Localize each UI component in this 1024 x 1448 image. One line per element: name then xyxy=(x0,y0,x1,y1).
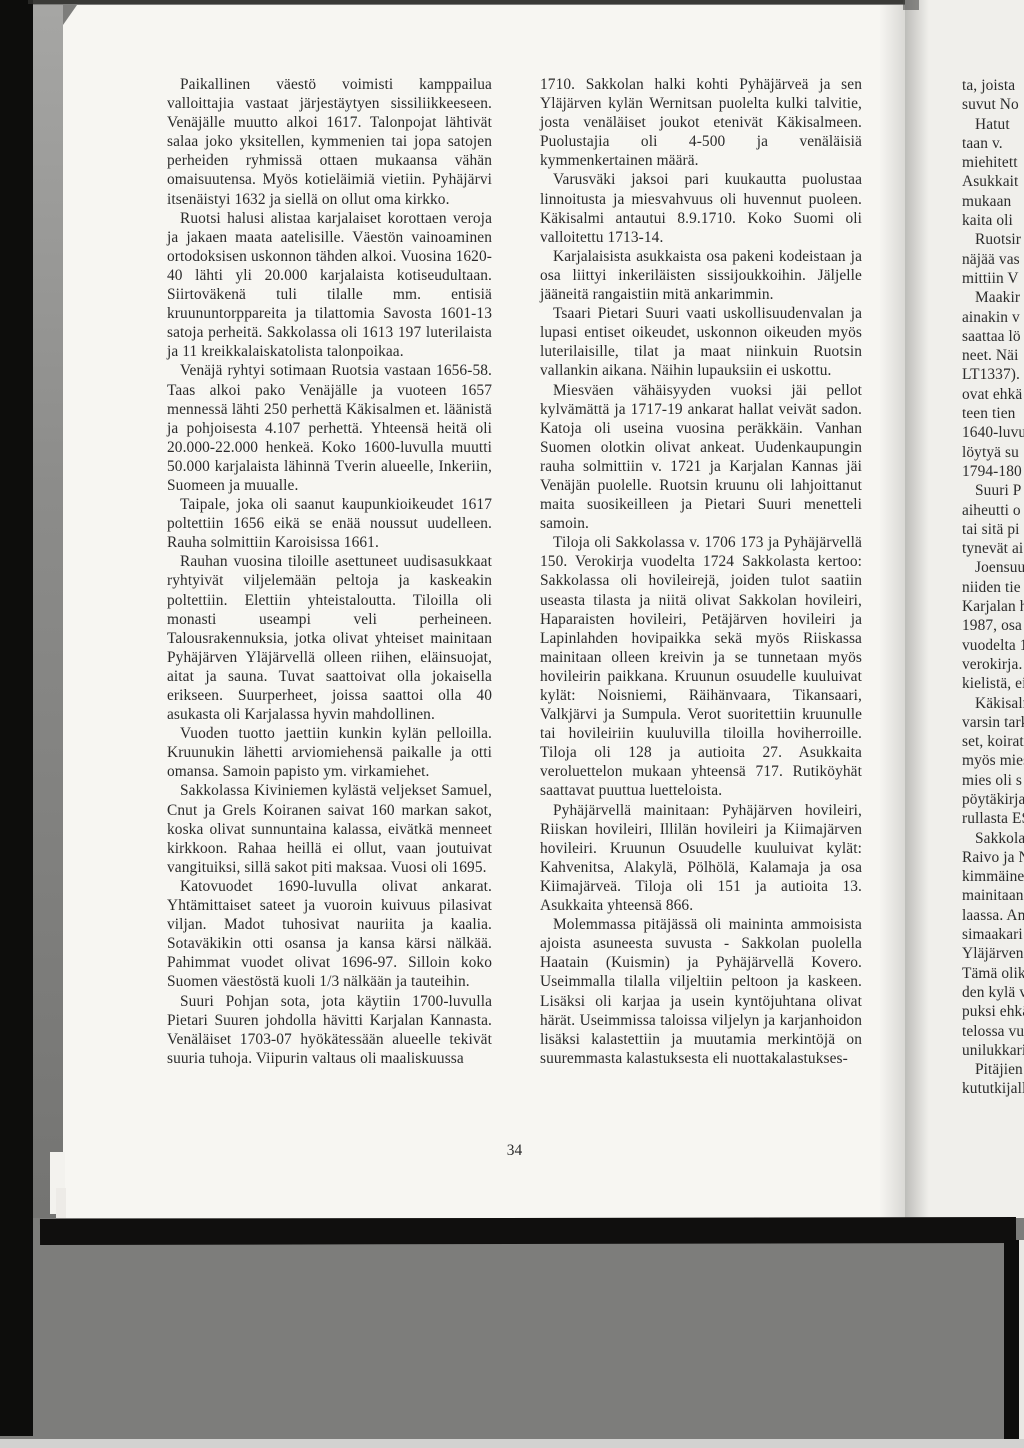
text-line: tai sitä pi xyxy=(962,520,1024,539)
paragraph: Karjalaisista asukkaista osa pakeni kode… xyxy=(540,247,862,304)
paragraph: Ruotsi halusi alistaa karjalaiset korott… xyxy=(167,209,492,362)
book-right-edge xyxy=(1004,1240,1019,1439)
paragraph: Taipale, joka oli saanut kaupunkioikeude… xyxy=(167,495,492,552)
text-line: unilukkari xyxy=(962,1041,1024,1060)
text-line: kaita oli xyxy=(962,211,1024,230)
text-line: verokirja. xyxy=(962,655,1024,674)
paragraph: Venäjä ryhtyi sotimaan Ruotsia vastaan 1… xyxy=(167,361,492,495)
text-line: Hatut xyxy=(962,115,1024,134)
paragraph: Molemmassa pitäjässä oli maininta ammois… xyxy=(540,915,862,1068)
text-columns: Paikallinen väestö voimisti kamppailua v… xyxy=(167,75,862,1068)
text-line: kielistä, ei xyxy=(962,674,1024,693)
table-surface-bottom xyxy=(0,1439,1024,1448)
text-line: näjää vas xyxy=(962,250,1024,269)
text-line: Tämä olik xyxy=(962,964,1024,983)
paragraph: Vuoden tuotto jaettiin kunkin kylän pell… xyxy=(167,724,492,781)
gutter-shadow xyxy=(905,0,929,1218)
paragraph: 1710. Sakkolan halki kohti Pyhäjärveä ja… xyxy=(540,75,862,170)
text-line: varsin tark xyxy=(962,713,1024,732)
text-line: LT1337). xyxy=(962,365,1024,384)
left-text-column: Paikallinen väestö voimisti kamppailua v… xyxy=(167,75,492,1068)
text-line: myös mies xyxy=(962,751,1024,770)
text-line: tynevät ai xyxy=(962,539,1024,558)
text-line: den kylä v xyxy=(962,983,1024,1002)
paragraph: Pyhäjärvellä mainitaan: Pyhäjärven hovil… xyxy=(540,801,862,916)
page-corner-step xyxy=(56,1188,66,1218)
paragraph: Miesväen vähäisyyden vuoksi jäi pellot k… xyxy=(540,381,862,534)
text-line: laassa. Am xyxy=(962,906,1024,925)
text-line: Joensuu xyxy=(962,558,1024,577)
text-line: kimmäiner xyxy=(962,867,1024,886)
paragraph: Suuri Pohjan sota, jota käytiin 1700-luv… xyxy=(167,992,492,1068)
text-line: Maakir xyxy=(962,288,1024,307)
text-line: teen tien xyxy=(962,404,1024,423)
paragraph: Katovuodet 1690-luvulla olivat ankarat. … xyxy=(167,877,492,992)
page-stack-edge xyxy=(33,5,63,1218)
text-line: Sakkolar xyxy=(962,829,1024,848)
text-line: ta, joista xyxy=(962,76,1024,95)
gutter-shadow xyxy=(879,5,905,1218)
text-line: Karjalan h xyxy=(962,597,1024,616)
paragraph: Paikallinen väestö voimisti kamppailua v… xyxy=(167,75,492,209)
table-surface-right xyxy=(1019,1240,1024,1439)
page-number: 34 xyxy=(167,1142,862,1160)
text-line: Suuri P xyxy=(962,481,1024,500)
book-cover-edge xyxy=(0,0,33,1436)
text-line: suvut No xyxy=(962,95,1024,114)
text-line: Yläjärven xyxy=(962,944,1024,963)
text-line: Ruotsir xyxy=(962,230,1024,249)
text-line: rullasta ES xyxy=(962,809,1024,828)
text-line: Käkisaln xyxy=(962,694,1024,713)
text-line: mainitaan xyxy=(962,886,1024,905)
text-line: mukaan xyxy=(962,192,1024,211)
paragraph: Tiloja oli Sakkolassa v. 1706 173 ja Pyh… xyxy=(540,533,862,800)
text-line: 1987, osa xyxy=(962,616,1024,635)
text-line: kututkijalle xyxy=(962,1079,1024,1098)
text-line: Raivo ja N xyxy=(962,848,1024,867)
text-line: pöytäkirjat xyxy=(962,790,1024,809)
text-line: puksi ehkä xyxy=(962,1002,1024,1021)
gutter-top-notch xyxy=(903,0,919,10)
book-bottom-shadow xyxy=(40,1217,1016,1245)
text-line: niiden tie xyxy=(962,578,1024,597)
text-line: 1640-luvu xyxy=(962,423,1024,442)
scanned-book-spread: Paikallinen väestö voimisti kamppailua v… xyxy=(0,0,1024,1448)
text-line: taan v. xyxy=(962,134,1024,153)
text-line: mittiin V xyxy=(962,269,1024,288)
text-line: ainakin v xyxy=(962,308,1024,327)
text-line: miehitett xyxy=(962,153,1024,172)
text-line: 1794-180 xyxy=(962,462,1024,481)
next-page-edge: ta, joistasuvut NoHatuttaan v.miehitettA… xyxy=(905,0,1024,1218)
book-page: Paikallinen väestö voimisti kamppailua v… xyxy=(63,5,905,1218)
text-line: vuodelta 1 xyxy=(962,636,1024,655)
right-text-column: 1710. Sakkolan halki kohti Pyhäjärveä ja… xyxy=(540,75,862,1068)
text-line: telossa vuc xyxy=(962,1022,1024,1041)
text-line: Pitäjien l xyxy=(962,1060,1024,1079)
text-line: löytyä su xyxy=(962,443,1024,462)
paragraph: Rauhan vuosina tiloille asettuneet uudis… xyxy=(167,552,492,724)
text-line: mies oli s xyxy=(962,771,1024,790)
paragraph: Tsaari Pietari Suuri vaati uskollisuuden… xyxy=(540,304,862,380)
text-line: aiheutti o xyxy=(962,501,1024,520)
text-line: saattaa lö xyxy=(962,327,1024,346)
text-line: set, koirat, xyxy=(962,732,1024,751)
paragraph: Sakkolassa Kiviniemen kylästä veljekset … xyxy=(167,781,492,876)
text-line: ovat ehkä xyxy=(962,385,1024,404)
text-line: simaakari xyxy=(962,925,1024,944)
text-line: Asukkait xyxy=(962,172,1024,191)
top-edge-shadow xyxy=(28,0,912,4)
paragraph: Varusväki jaksoi pari kuukautta puolusta… xyxy=(540,170,862,246)
text-line: neet. Näi xyxy=(962,346,1024,365)
next-page-text-fragment: ta, joistasuvut NoHatuttaan v.miehitettA… xyxy=(962,76,1024,1099)
